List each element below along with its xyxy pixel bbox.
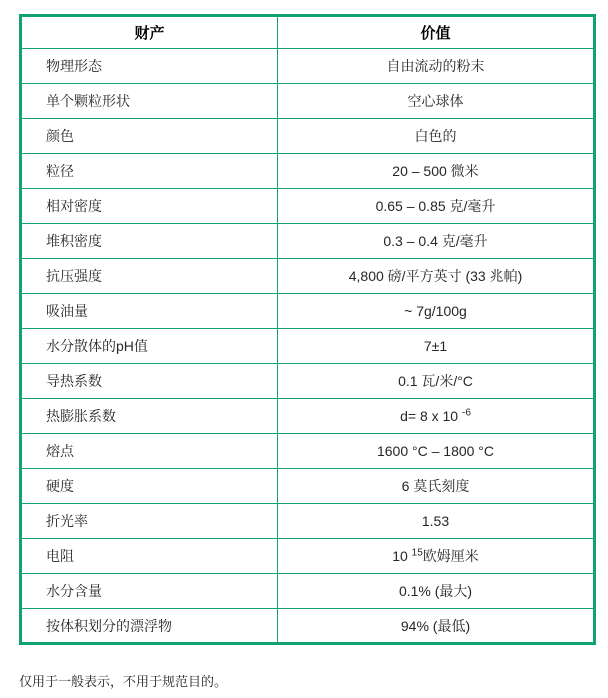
value-text: 白色的 (415, 128, 457, 144)
property-cell: 导热系数 (21, 364, 278, 399)
table-row: 物理形态 自由流动的粉末 (21, 49, 595, 84)
table-row: 单个颗粒形状 空心球体 (21, 84, 595, 119)
table-row: 吸油量 ~ 7g/100g (21, 294, 595, 329)
value-cell: 自由流动的粉末 (278, 49, 595, 84)
table-row: 抗压强度 4,800 磅/平方英寸 (33 兆帕) (21, 259, 595, 294)
table-row: 按体积划分的漂浮物 94% (最低) (21, 609, 595, 644)
table-row: 熔点 1600 °C – 1800 °C (21, 434, 595, 469)
value-text: 10 (392, 548, 411, 564)
value-text: 0.3 – 0.4 克/毫升 (383, 233, 487, 249)
footnote: 仅用于一般表示，不用于规范目的。 (19, 671, 227, 690)
table-row: 相对密度 0.65 – 0.85 克/毫升 (21, 189, 595, 224)
value-cell: 白色的 (278, 119, 595, 154)
value-text: 94% (最低) (401, 618, 470, 634)
property-cell: 按体积划分的漂浮物 (21, 609, 278, 644)
table-row: 颜色 白色的 (21, 119, 595, 154)
table-row: 水分散体的pH值 7±1 (21, 329, 595, 364)
value-text: 0.1% (最大) (399, 583, 472, 599)
value-text: d= 8 x 10 (400, 408, 462, 424)
table-row: 折光率 1.53 (21, 504, 595, 539)
value-text: 0.65 – 0.85 克/毫升 (376, 198, 496, 214)
property-cell: 相对密度 (21, 189, 278, 224)
value-text: 6 莫氏刻度 (402, 478, 470, 494)
property-cell: 粒径 (21, 154, 278, 189)
value-cell: 0.65 – 0.85 克/毫升 (278, 189, 595, 224)
property-cell: 颜色 (21, 119, 278, 154)
property-cell: 熔点 (21, 434, 278, 469)
table-row: 导热系数 0.1 瓦/米/°C (21, 364, 595, 399)
value-cell: 10 15欧姆厘米 (278, 539, 595, 574)
value-cell: 空心球体 (278, 84, 595, 119)
superscript: 15 (412, 547, 423, 558)
value-cell: 94% (最低) (278, 609, 595, 644)
value-text: 自由流动的粉末 (387, 58, 485, 74)
property-cell: 堆积密度 (21, 224, 278, 259)
table-header-row: 财产 价值 (21, 16, 595, 49)
value-cell: ~ 7g/100g (278, 294, 595, 329)
value-cell: d= 8 x 10 -6 (278, 399, 595, 434)
value-text: 20 – 500 微米 (392, 163, 478, 179)
value-cell: 20 – 500 微米 (278, 154, 595, 189)
property-cell: 水分含量 (21, 574, 278, 609)
value-text: ~ 7g/100g (404, 303, 467, 319)
superscript: -6 (462, 407, 471, 418)
value-cell: 0.3 – 0.4 克/毫升 (278, 224, 595, 259)
table-row: 堆积密度 0.3 – 0.4 克/毫升 (21, 224, 595, 259)
value-text: 0.1 瓦/米/°C (398, 373, 473, 389)
property-cell: 水分散体的pH值 (21, 329, 278, 364)
property-cell: 单个颗粒形状 (21, 84, 278, 119)
property-cell: 折光率 (21, 504, 278, 539)
property-column-header: 财产 (21, 16, 278, 49)
table-row: 水分含量 0.1% (最大) (21, 574, 595, 609)
value-cell: 0.1 瓦/米/°C (278, 364, 595, 399)
value-text: 7±1 (424, 338, 447, 354)
spec-table: 财产 价值 物理形态 自由流动的粉末 单个颗粒形状 空心球体 颜色 白色的 粒径… (19, 14, 596, 645)
property-cell: 物理形态 (21, 49, 278, 84)
property-cell: 电阻 (21, 539, 278, 574)
value-text: 1600 °C – 1800 °C (377, 443, 494, 459)
table-row: 粒径 20 – 500 微米 (21, 154, 595, 189)
table-row: 热膨胀系数 d= 8 x 10 -6 (21, 399, 595, 434)
value-text: 4,800 磅/平方英寸 (33 兆帕) (349, 268, 523, 284)
value-text: 空心球体 (408, 93, 464, 109)
value-cell: 6 莫氏刻度 (278, 469, 595, 504)
value-text: 1.53 (422, 513, 449, 529)
property-cell: 抗压强度 (21, 259, 278, 294)
value-column-header: 价值 (278, 16, 595, 49)
table-row: 硬度 6 莫氏刻度 (21, 469, 595, 504)
property-cell: 硬度 (21, 469, 278, 504)
value-cell: 0.1% (最大) (278, 574, 595, 609)
value-cell: 7±1 (278, 329, 595, 364)
property-cell: 吸油量 (21, 294, 278, 329)
table-row: 电阻 10 15欧姆厘米 (21, 539, 595, 574)
value-cell: 4,800 磅/平方英寸 (33 兆帕) (278, 259, 595, 294)
value-text-post: 欧姆厘米 (423, 548, 479, 564)
property-cell: 热膨胀系数 (21, 399, 278, 434)
value-cell: 1.53 (278, 504, 595, 539)
value-cell: 1600 °C – 1800 °C (278, 434, 595, 469)
